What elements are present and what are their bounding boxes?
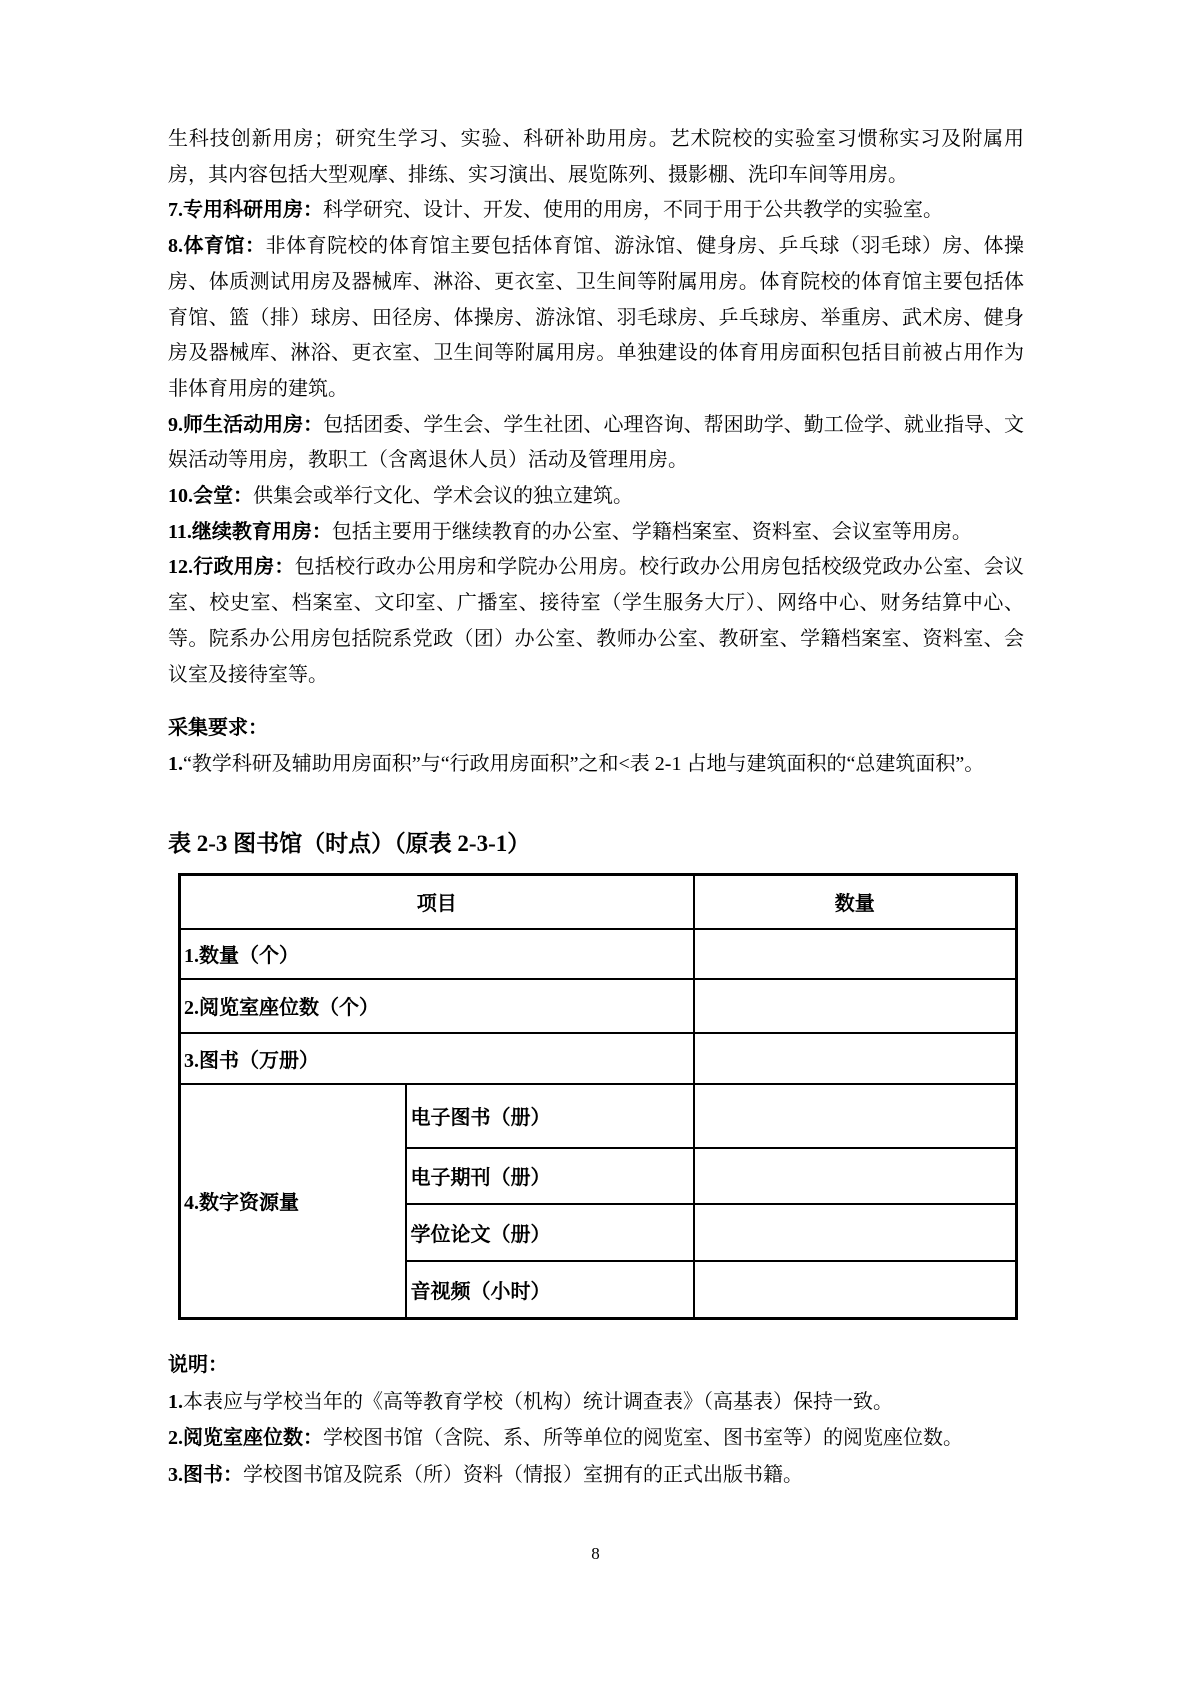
subrow-value-cell bbox=[694, 1261, 1017, 1319]
table-row: 3.图书（万册） bbox=[180, 1033, 1017, 1084]
subrow-label: 学位论文（册） bbox=[406, 1204, 694, 1261]
para-item-7: 7.专用科研用房：科学研究、设计、开发、使用的用房，不同于用于公共教学的实验室。 bbox=[168, 193, 1024, 229]
collection-requirements-heading: 采集要求： bbox=[168, 711, 1024, 747]
note-label: 3.图书： bbox=[168, 1464, 243, 1486]
subrow-label: 电子期刊（册） bbox=[406, 1148, 694, 1204]
term-label: 11.继续教育用房： bbox=[168, 521, 332, 543]
notes-block: 说明： 1.本表应与学校当年的《高等教育学校（机构）统计调查表》（高基表）保持一… bbox=[168, 1347, 1068, 1493]
body-text-block: 生科技创新用房；研究生学习、实验、科研补助用房。艺术院校的实验室习惯称实习及附属… bbox=[168, 122, 1024, 783]
para-item-8: 8.体育馆：非体育院校的体育馆主要包括体育馆、游泳馆、健身房、乒乓球（羽毛球）房… bbox=[168, 229, 1024, 408]
table-title: 表 2-3 图书馆（时点）（原表 2-3-1） bbox=[168, 830, 530, 858]
row-value-cell bbox=[694, 1033, 1017, 1084]
table-row: 2.阅览室座位数（个） bbox=[180, 979, 1017, 1033]
term-definition: 科学研究、设计、开发、使用的用房，不同于用于公共教学的实验室。 bbox=[323, 199, 943, 221]
row-value-cell bbox=[694, 929, 1017, 979]
term-definition: 非体育院校的体育馆主要包括体育馆、游泳馆、健身房、乒乓球（羽毛球）房、体操房、体… bbox=[168, 235, 1024, 400]
para-item-9: 9.师生活动用房：包括团委、学生会、学生社团、心理咨询、帮困助学、勤工俭学、就业… bbox=[168, 408, 1024, 479]
item-number: 1. bbox=[168, 753, 183, 775]
term-label: 8.体育馆： bbox=[168, 235, 266, 257]
library-table: 项目 数量 1.数量（个） 2.阅览室座位数（个） 3.图书（万册） 4.数字资… bbox=[178, 873, 1018, 1320]
term-definition: 供集会或举行文化、学术会议的独立建筑。 bbox=[253, 485, 633, 507]
col-header-item: 项目 bbox=[180, 875, 694, 929]
note-label: 1. bbox=[168, 1391, 183, 1413]
term-label: 10.会堂： bbox=[168, 485, 253, 507]
note-label: 2.阅览室座位数： bbox=[168, 1427, 323, 1449]
row-label: 2.阅览室座位数（个） bbox=[180, 979, 694, 1033]
term-label: 12.行政用房： bbox=[168, 556, 295, 578]
row-label: 1.数量（个） bbox=[180, 929, 694, 979]
para-continuation: 生科技创新用房；研究生学习、实验、科研补助用房。艺术院校的实验室习惯称实习及附属… bbox=[168, 122, 1024, 193]
note-text: 本表应与学校当年的《高等教育学校（机构）统计调查表》（高基表）保持一致。 bbox=[183, 1391, 893, 1413]
subrow-label: 音视频（小时） bbox=[406, 1261, 694, 1319]
subrow-value-cell bbox=[694, 1204, 1017, 1261]
table-header-row: 项目 数量 bbox=[180, 875, 1017, 929]
subrow-value-cell bbox=[694, 1084, 1017, 1148]
row-value-cell bbox=[694, 979, 1017, 1033]
note-text: 学校图书馆及院系（所）资料（情报）室拥有的正式出版书籍。 bbox=[243, 1464, 803, 1486]
term-label: 7.专用科研用房： bbox=[168, 199, 323, 221]
term-definition: 包括校行政办公用房和学院办公用房。校行政办公用房包括校级党政办公室、会议室、校史… bbox=[168, 556, 1024, 685]
term-label: 9.师生活动用房： bbox=[168, 414, 323, 436]
row-label: 3.图书（万册） bbox=[180, 1033, 694, 1084]
term-definition: 生科技创新用房；研究生学习、实验、科研补助用房。艺术院校的实验室习惯称实习及附属… bbox=[168, 128, 1024, 186]
page-number: 8 bbox=[0, 1544, 1191, 1564]
table-subrow: 4.数字资源量 电子图书（册） bbox=[180, 1084, 1017, 1148]
note-item: 2.阅览室座位数：学校图书馆（含院、系、所等单位的阅览室、图书室等）的阅览座位数… bbox=[168, 1420, 1068, 1457]
col-header-quantity: 数量 bbox=[694, 875, 1017, 929]
group-row-label: 4.数字资源量 bbox=[180, 1084, 406, 1319]
document-page: 生科技创新用房；研究生学习、实验、科研补助用房。艺术院校的实验室习惯称实习及附属… bbox=[0, 0, 1191, 1684]
para-item-11: 11.继续教育用房：包括主要用于继续教育的办公室、学籍档案室、资料室、会议室等用… bbox=[168, 515, 1024, 551]
item-text: “教学科研及辅助用房面积”与“行政用房面积”之和<表 2-1 占地与建筑面积的“… bbox=[183, 753, 984, 775]
collection-requirement-item: 1.“教学科研及辅助用房面积”与“行政用房面积”之和<表 2-1 占地与建筑面积… bbox=[168, 747, 1024, 783]
subrow-label: 电子图书（册） bbox=[406, 1084, 694, 1148]
para-item-12: 12.行政用房：包括校行政办公用房和学院办公用房。校行政办公用房包括校级党政办公… bbox=[168, 550, 1024, 693]
subrow-value-cell bbox=[694, 1148, 1017, 1204]
notes-heading: 说明： bbox=[168, 1347, 1068, 1384]
note-item: 1.本表应与学校当年的《高等教育学校（机构）统计调查表》（高基表）保持一致。 bbox=[168, 1384, 1068, 1421]
table-row: 1.数量（个） bbox=[180, 929, 1017, 979]
note-text: 学校图书馆（含院、系、所等单位的阅览室、图书室等）的阅览座位数。 bbox=[323, 1427, 963, 1449]
para-item-10: 10.会堂：供集会或举行文化、学术会议的独立建筑。 bbox=[168, 479, 1024, 515]
term-definition: 包括主要用于继续教育的办公室、学籍档案室、资料室、会议室等用房。 bbox=[332, 521, 972, 543]
note-item: 3.图书：学校图书馆及院系（所）资料（情报）室拥有的正式出版书籍。 bbox=[168, 1457, 1068, 1494]
